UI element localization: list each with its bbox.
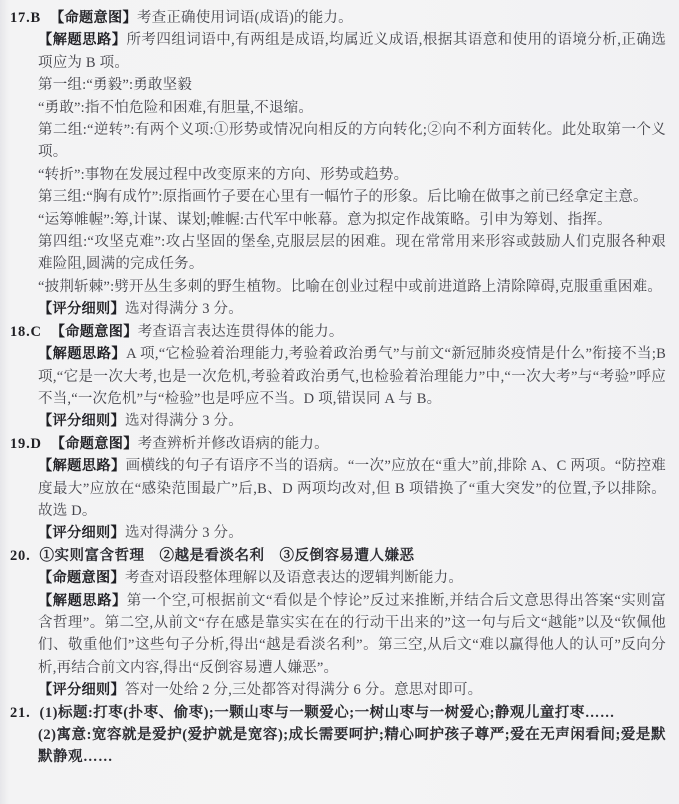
question-paragraph: 第一组:“勇毅”:勇敢坚毅 [38, 74, 666, 96]
question-paragraph: 【评分细则】选对得满分 3 分。 [38, 522, 666, 544]
question-first-line: 18.C【命题意图】考查语言表达连贯得体的能力。 [10, 321, 666, 343]
question-paragraph: 【解题思路】所考四组词语中,有两组是成语,均属近义成语,根据其语意和使用的语境分… [38, 29, 666, 74]
paragraph-text: ①实则富含哲理 ②越是看淡名利 ③反倒容易遭人嫌恶 [40, 548, 415, 564]
question-paragraph: (2)寓意:宽容就是爱护(爱护就是宽容);成长需要呵护;精心呵护孩子尊严;爱在无… [38, 724, 666, 769]
question-paragraph: “勇敢”:指不怕危险和困难,有胆量,不退缩。 [38, 97, 666, 119]
paragraph-text: 第二组:“逆转”:有两个义项:①形势或情况向相反的方向转化;②向不利方面转化。此… [38, 122, 666, 160]
section-label: 【命题意图】 [51, 436, 138, 452]
paragraph-text: 所考四组词语中,有两组是成语,均属近义成语,根据其语意和使用的语境分析,正确选项… [38, 32, 666, 70]
question-paragraph: 【评分细则】选对得满分 3 分。 [38, 410, 666, 432]
question-number: 21. [10, 705, 31, 721]
paragraph-text: 第一个空,可根据前文“看似是个悖论”反过来推断,并结合后文意思得出答案“实则富含… [38, 593, 666, 676]
question-first-line: 21.(1)标题:打枣(扑枣、偷枣);一颗山枣与一颗爱心;一树山枣与一树爱心;静… [10, 702, 666, 724]
question-paragraph: 【解题思路】画横线的句子有语序不当的语病。“一次”应放在“重大”前,排除 A、C… [38, 455, 666, 522]
section-label: 【评分细则】 [38, 301, 125, 317]
question-number: 19.D [10, 436, 42, 452]
paragraph-text: “运筹帷幄”:筹,计谋、谋划;帷幄:古代军中帐幕。意为拟定作战策略。引申为筹划、… [38, 212, 612, 228]
question-paragraph: 第二组:“逆转”:有两个义项:①形势或情况向相反的方向转化;②向不利方面转化。此… [38, 119, 666, 164]
section-label: 【解题思路】 [38, 32, 126, 48]
question-19: 19.D【命题意图】考查辨析并修改语病的能力。 【解题思路】画横线的句子有语序不… [10, 433, 666, 545]
question-number: 18.C [10, 324, 42, 340]
paragraph-text: 画横线的句子有语序不当的语病。“一次”应放在“重大”前,排除 A、C 两项。“防… [38, 458, 666, 519]
question-18: 18.C【命题意图】考查语言表达连贯得体的能力。 【解题思路】A 项,“它检验着… [10, 321, 666, 433]
question-paragraph: 【解题思路】A 项,“它检验着治理能力,考验着政治勇气”与前文“新冠肺炎疫情是什… [38, 343, 666, 410]
question-paragraph: 【解题思路】第一个空,可根据前文“看似是个悖论”反过来推断,并结合后文意思得出答… [38, 590, 666, 680]
section-label: 【解题思路】 [38, 346, 126, 362]
paragraph-text: 第三组:“胸有成竹”:原指画竹子要在心里有一幅竹子的形象。后比喻在做事之前已经拿… [38, 189, 648, 205]
paragraph-text: A 项,“它检验着治理能力,考验着政治勇气”与前文“新冠肺炎疫情是什么”衔接不当… [38, 346, 666, 407]
section-label: 【命题意图】 [50, 10, 137, 26]
paragraph-text: (1)标题:打枣(扑枣、偷枣);一颗山枣与一颗爱心;一树山枣与一树爱心;静观儿童… [40, 705, 615, 721]
question-paragraph: “转折”:事物在发展过程中改变原来的方向、形势或趋势。 [38, 164, 666, 186]
question-paragraph: 【评分细则】答对一处给 2 分,三处都答对得满分 6 分。意思对即可。 [38, 679, 666, 701]
question-20: 20.①实则富含哲理 ②越是看淡名利 ③反倒容易遭人嫌恶 【命题意图】考查对语段… [10, 545, 666, 702]
question-paragraph: “披荆斩棘”:劈开丛生多刺的野生植物。比喻在创业过程中或前进道路上清除障碍,克服… [38, 276, 666, 298]
question-first-line: 17.B【命题意图】考查正确使用词语(成语)的能力。 [10, 7, 666, 29]
question-paragraph: 【命题意图】考查对语段整体理解以及语意表达的逻辑判断能力。 [38, 567, 666, 589]
section-label: 【命题意图】 [51, 324, 138, 340]
paragraph-text: “转折”:事物在发展过程中改变原来的方向、形势或趋势。 [38, 167, 408, 183]
paragraph-text: “披荆斩棘”:劈开丛生多刺的野生植物。比喻在创业过程中或前进道路上清除障碍,克服… [38, 279, 662, 295]
section-label: 【评分细则】 [38, 413, 125, 429]
paragraph-text: 选对得满分 3 分。 [125, 413, 243, 429]
paragraph-text: 答对一处给 2 分,三处都答对得满分 6 分。意思对即可。 [125, 682, 482, 698]
section-label: 【解题思路】 [38, 593, 127, 609]
question-number: 17.B [10, 10, 41, 26]
paragraph-text: 第一组:“勇毅”:勇敢坚毅 [38, 77, 192, 93]
answer-key-document: 17.B【命题意图】考查正确使用词语(成语)的能力。 【解题思路】所考四组词语中… [0, 0, 679, 804]
paragraph-text: 考查正确使用词语(成语)的能力。 [137, 10, 353, 26]
paragraph-text: 考查语言表达连贯得体的能力。 [138, 324, 344, 340]
section-label: 【评分细则】 [38, 525, 125, 541]
paragraph-text: 考查辨析并修改语病的能力。 [138, 436, 329, 452]
paragraph-text: 第四组:“攻坚克难”:攻占坚固的堡垒,克服层层的困难。现在常常用来形容或鼓励人们… [38, 234, 666, 272]
question-number: 20. [10, 548, 31, 564]
question-first-line: 19.D【命题意图】考查辨析并修改语病的能力。 [10, 433, 666, 455]
section-label: 【评分细则】 [38, 682, 125, 698]
question-list: 17.B【命题意图】考查正确使用词语(成语)的能力。 【解题思路】所考四组词语中… [10, 7, 666, 769]
question-paragraph: “运筹帷幄”:筹,计谋、谋划;帷幄:古代军中帐幕。意为拟定作战策略。引申为筹划、… [38, 209, 666, 231]
question-paragraph: 第三组:“胸有成竹”:原指画竹子要在心里有一幅竹子的形象。后比喻在做事之前已经拿… [38, 186, 666, 208]
question-paragraph: 第四组:“攻坚克难”:攻占坚固的堡垒,克服层层的困难。现在常常用来形容或鼓励人们… [38, 231, 666, 276]
paragraph-text: 选对得满分 3 分。 [125, 301, 243, 317]
question-paragraph: 【评分细则】选对得满分 3 分。 [38, 298, 666, 320]
paragraph-text: 选对得满分 3 分。 [125, 525, 243, 541]
paragraph-text: (2)寓意:宽容就是爱护(爱护就是宽容);成长需要呵护;精心呵护孩子尊严;爱在无… [38, 727, 666, 765]
paragraph-text: “勇敢”:指不怕危险和困难,有胆量,不退缩。 [38, 100, 313, 116]
question-first-line: 20.①实则富含哲理 ②越是看淡名利 ③反倒容易遭人嫌恶 [10, 545, 666, 567]
paragraph-text: 考查对语段整体理解以及语意表达的逻辑判断能力。 [125, 570, 463, 586]
section-label: 【解题思路】 [38, 458, 126, 474]
question-21: 21.(1)标题:打枣(扑枣、偷枣);一颗山枣与一颗爱心;一树山枣与一树爱心;静… [10, 702, 666, 769]
section-label: 【命题意图】 [38, 570, 125, 586]
question-17: 17.B【命题意图】考查正确使用词语(成语)的能力。 【解题思路】所考四组词语中… [10, 7, 666, 321]
